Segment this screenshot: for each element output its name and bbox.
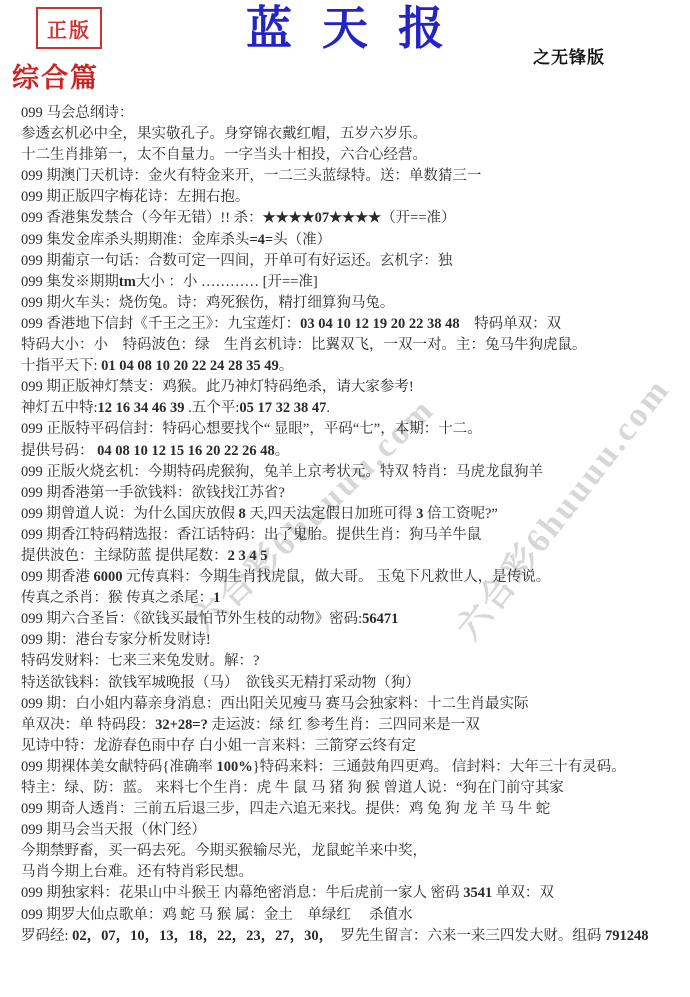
text-run: 。 (279, 358, 294, 374)
text-run: 099 期：白小姐内幕亲身消息：西出阳关见瘦马 赛马会独家料：十二生肖最实际 (21, 696, 529, 712)
text-run: 马肖今期上台难。还有特肖彩民想。 (21, 864, 253, 880)
text-line: 099 期正版四字梅花诗：左拥右抱。 (21, 187, 681, 208)
number-run: 3541 (463, 885, 492, 901)
newspaper-page: 六合彩6huuuu.com 六合彩6huuuu.com 正版 蓝天报 之无锋版 … (0, 0, 690, 997)
text-run: 099 正版特平码信封：特码心想要找个“ 显眼”，平码“七”，本期：十二。 (21, 421, 482, 437)
text-run: 099 期六合圣旨：《欲钱买最怕节外生枝的动物》密码: (21, 611, 362, 627)
number-run: 04 08 10 12 15 16 20 22 26 48 (94, 443, 275, 459)
text-line: 099 期六合圣旨：《欲钱买最怕节外生枝的动物》密码:56471 (21, 609, 681, 630)
text-line: 099 集发金库杀头期期准：金库杀头=4=头（准） (21, 230, 681, 251)
text-line: 099 期葡京一句话：合数可定一四间，开单可有好运还。玄机字：独 (21, 251, 681, 272)
number-run: ★★★★07★★★★ (263, 210, 382, 226)
text-line: 099 香港地下信封《千王之王》：九宝莲灯：03 04 10 12 19 20 … (21, 314, 681, 335)
text-run: 099 期香港 (21, 569, 94, 585)
text-run: 天,四天法定假日加班可得 (246, 506, 416, 522)
text-line: 099 马会总纲诗： (21, 103, 681, 124)
number-run: tm (119, 274, 136, 290)
text-run: 罗先生留言：六来一来三四发大财。组码 (326, 928, 605, 944)
text-line: 特送欲钱料：欲钱军城晚报（马） 欲钱买无精打采动物（狗） (21, 673, 681, 694)
number-run: 100% (216, 759, 252, 775)
text-run: 099 期澳门天机诗：金火有特金来开，一二三头蓝绿特。送：单数猜三一 (21, 168, 481, 184)
text-line: 单双决：单 特码段：32+28=? 走运波：绿 红 参考生肖：三四同来是一双 (21, 715, 681, 736)
number-run: 32+28=? (155, 717, 208, 733)
number-run: 12 16 34 46 39 (98, 400, 185, 416)
text-run: 头（准） (273, 232, 331, 248)
text-run: 大小 ：小 ………… [开==准] (136, 274, 318, 290)
text-run: 特码单双：双 (460, 316, 562, 332)
text-line: 罗码经: 02，07，10，13，18，22，23，27，30， 罗先生留言：六… (21, 926, 681, 947)
number-run: =4= (249, 232, 273, 248)
text-line: 099 期：港台专家分析发财诗! (21, 630, 681, 651)
text-run: 今期禁野畜，买一码去死。今期买猴输尽光，龙鼠蛇羊来中奖， (21, 843, 427, 859)
number-run: 6000 (94, 569, 123, 585)
text-line: 神灯五中特:12 16 34 46 39 .五个平:05 17 32 38 47… (21, 398, 681, 419)
text-run: 提供波色：主绿防蓝 提供尾数： (21, 548, 228, 564)
text-line: 099 集发※期期tm大小 ：小 ………… [开==准] (21, 272, 681, 293)
text-run: 099 集发金库杀头期期准：金库杀头 (21, 232, 249, 248)
number-run: 05 17 32 38 47 (239, 400, 326, 416)
text-line: 传真之杀肖：猴 传真之杀尾：1 (21, 588, 681, 609)
text-line: 特主：绿、防：蓝。 来料七个生肖：虎 牛 鼠 马 猪 狗 猴 曾道人说：“狗在门… (21, 778, 681, 799)
text-run: 提供号码： (21, 443, 94, 459)
text-line: 十二生肖排第一，太不自量力。一字当头十相投，六合心经营。 (21, 145, 681, 166)
text-run: 099 期火车头：烧伤兔。诗：鸡死猴伤，精打细算狗马兔。 (21, 295, 394, 311)
text-run: 099 期独家料：花果山中斗猴王 内幕绝密消息：牛后虎前一家人 密码 (21, 885, 463, 901)
text-line: 099 期火车头：烧伤兔。诗：鸡死猴伤，精打细算狗马兔。 (21, 293, 681, 314)
text-line: 见诗中特：龙游春色雨中存 白小姐一言来料：三箭穿云终有定 (21, 736, 681, 757)
text-run: .五个平: (185, 400, 240, 416)
edition-label: 之无锋版 (533, 43, 605, 68)
number-run: 02，07，10，13，18，22，23，27，30， (69, 928, 326, 944)
text-line: 099 正版火烧玄机：今期特码虎猴狗，兔羊上京考状元。特双 特肖：马虎龙鼠狗羊 (21, 462, 681, 483)
text-run: 099 集发※期期 (21, 274, 119, 290)
text-run: 倍工资呢?” (423, 506, 498, 522)
text-run: 099 期正版四字梅花诗：左拥右抱。 (21, 189, 249, 205)
text-line: 099 期正版神灯禁支：鸡猴。此乃神灯特码绝杀，请大家参考! (21, 377, 681, 398)
text-line: 099 正版特平码信封：特码心想要找个“ 显眼”，平码“七”，本期：十二。 (21, 419, 681, 440)
text-run: . (326, 400, 330, 416)
text-run: 099 期马会当天报（休门经） (21, 822, 206, 838)
text-run: 099 马会总纲诗： (21, 105, 133, 121)
text-run: 神灯五中特: (21, 400, 98, 416)
text-run: 传真之杀肖：猴 传真之杀尾： (21, 590, 213, 606)
text-line: 参透玄机必中全，果实敬孔子。身穿锦衣戴红帽，五岁六岁乐。 (21, 124, 681, 145)
text-line: 099 期香港第一手欲钱料：欲钱找江苏省? (21, 483, 681, 504)
text-run: 099 期正版神灯禁支：鸡猴。此乃神灯特码绝杀，请大家参考! (21, 379, 414, 395)
text-run: 099 香港地下信封《千王之王》：九宝莲灯： (21, 316, 300, 332)
text-run: 099 期葡京一句话：合数可定一四间，开单可有好运还。玄机字：独 (21, 253, 452, 269)
text-line: 099 期香江特码精选报：香江话特码：出了鬼胎。提供生肖：狗马羊牛鼠 (21, 525, 681, 546)
text-run: 特主：绿、防：蓝。 来料七个生肖：虎 牛 鼠 马 猪 狗 猴 曾道人说：“狗在门… (21, 780, 564, 796)
text-run: 见诗中特：龙游春色雨中存 白小姐一言来料：三箭穿云终有定 (21, 738, 416, 754)
number-run: 03 04 10 12 19 20 22 38 48 (300, 316, 460, 332)
text-run: 单双决：单 特码段： (21, 717, 155, 733)
text-line: 099 期独家料：花果山中斗猴王 内幕绝密消息：牛后虎前一家人 密码 3541 … (21, 883, 681, 904)
text-run: 099 期罗大仙点歌单：鸡 蛇 马 猴 属：金土 单绿红 杀值水 (21, 907, 413, 923)
text-run: 099 香港集发禁合（今年无错）!! 杀： (21, 210, 263, 226)
text-run: 099 期奇人透肖：三前五后退三步，四走六追无来找。提供：鸡 兔 狗 龙 羊 马… (21, 801, 550, 817)
text-line: 099 期澳门天机诗：金火有特金来开，一二三头蓝绿特。送：单数猜三一 (21, 166, 681, 187)
text-line: 099 期香港 6000 元传真料：今期生肖找虎鼠，做大哥。 玉兔下凡救世人，是… (21, 567, 681, 588)
text-line: 提供号码： 04 08 10 12 15 16 20 22 26 48。 (21, 441, 681, 462)
number-run: 8 (239, 506, 246, 522)
text-line: 099 香港集发禁合（今年无错）!! 杀：★★★★07★★★★（开==准） (21, 208, 681, 229)
text-run: 参透玄机必中全，果实敬孔子。身穿锦衣戴红帽，五岁六岁乐。 (21, 126, 427, 142)
text-run: 特送欲钱料：欲钱军城晚报（马） 欲钱买无精打采动物（狗） (21, 675, 420, 691)
number-run: 56471 (362, 611, 398, 627)
text-run: （开==准） (381, 210, 455, 226)
text-run: 。 (275, 443, 290, 459)
text-line: 099 期马会当天报（休门经） (21, 820, 681, 841)
text-run: 099 期香江特码精选报：香江话特码：出了鬼胎。提供生肖：狗马羊牛鼠 (21, 527, 481, 543)
tips-text-block: 099 马会总纲诗：参透玄机必中全，果实敬孔子。身穿锦衣戴红帽，五岁六岁乐。十二… (21, 103, 681, 947)
number-run: 791248 (605, 928, 649, 944)
text-line: 提供波色：主绿防蓝 提供尾数：2 3 4 5 (21, 546, 681, 567)
text-run: 十指平天下: (21, 358, 98, 374)
text-run: 单双：双 (492, 885, 554, 901)
text-line: 099 期：白小姐内幕亲身消息：西出阳关见瘦马 赛马会独家料：十二生肖最实际 (21, 694, 681, 715)
text-run: 十二生肖排第一，太不自量力。一字当头十相投，六合心经营。 (21, 147, 427, 163)
number-run: 01 04 08 10 20 22 24 28 35 49 (98, 358, 279, 374)
text-run: 099 期曾道人说：为什么国庆放假 (21, 506, 239, 522)
text-run: 099 正版火烧玄机：今期特码虎猴狗，兔羊上京考状元。特双 特肖：马虎龙鼠狗羊 (21, 464, 543, 480)
text-line: 特码发财料：七来三来兔发财。解：? (21, 651, 681, 672)
number-run: 1 (213, 590, 220, 606)
text-line: 099 期罗大仙点歌单：鸡 蛇 马 猴 属：金土 单绿红 杀值水 (21, 905, 681, 926)
text-line: 今期禁野畜，买一码去死。今期买猴输尽光，龙鼠蛇羊来中奖， (21, 841, 681, 862)
text-run: 罗码经: (21, 928, 69, 944)
text-run: 元传真料：今期生肖找虎鼠，做大哥。 玉兔下凡救世人，是传说。 (123, 569, 551, 585)
text-line: 特码大小：小 特码波色：绿 生肖玄机诗：比翼双飞，一双一对。主：兔马牛狗虎鼠。 (21, 335, 681, 356)
section-heading: 综合篇 (12, 56, 99, 95)
text-line: 099 期裸体美女献特码{准确率 100%}特码来料：三通鼓角四更鸡。 信封料：… (21, 757, 681, 778)
text-line: 十指平天下: 01 04 08 10 20 22 24 28 35 49。 (21, 356, 681, 377)
text-run: 特码大小：小 特码波色：绿 生肖玄机诗：比翼双飞，一双一对。主：兔马牛狗虎鼠。 (21, 337, 587, 353)
text-line: 099 期曾道人说：为什么国庆放假 8 天,四天法定假日加班可得 3 倍工资呢?… (21, 504, 681, 525)
text-run: 099 期香港第一手欲钱料：欲钱找江苏省? (21, 485, 285, 501)
text-line: 马肖今期上台难。还有特肖彩民想。 (21, 862, 681, 883)
text-line: 099 期奇人透肖：三前五后退三步，四走六追无来找。提供：鸡 兔 狗 龙 羊 马… (21, 799, 681, 820)
text-run: }特码来料：三通鼓角四更鸡。 信封料：大年三十有灵码。 (253, 759, 626, 775)
text-run: 特码发财料：七来三来兔发财。解：? (21, 653, 259, 669)
text-run: 走运波：绿 红 参考生肖：三四同来是一双 (208, 717, 480, 733)
text-run: 099 期裸体美女献特码{准确率 (21, 759, 216, 775)
number-run: 2 3 4 5 (228, 548, 268, 564)
text-run: 099 期：港台专家分析发财诗! (21, 632, 211, 648)
